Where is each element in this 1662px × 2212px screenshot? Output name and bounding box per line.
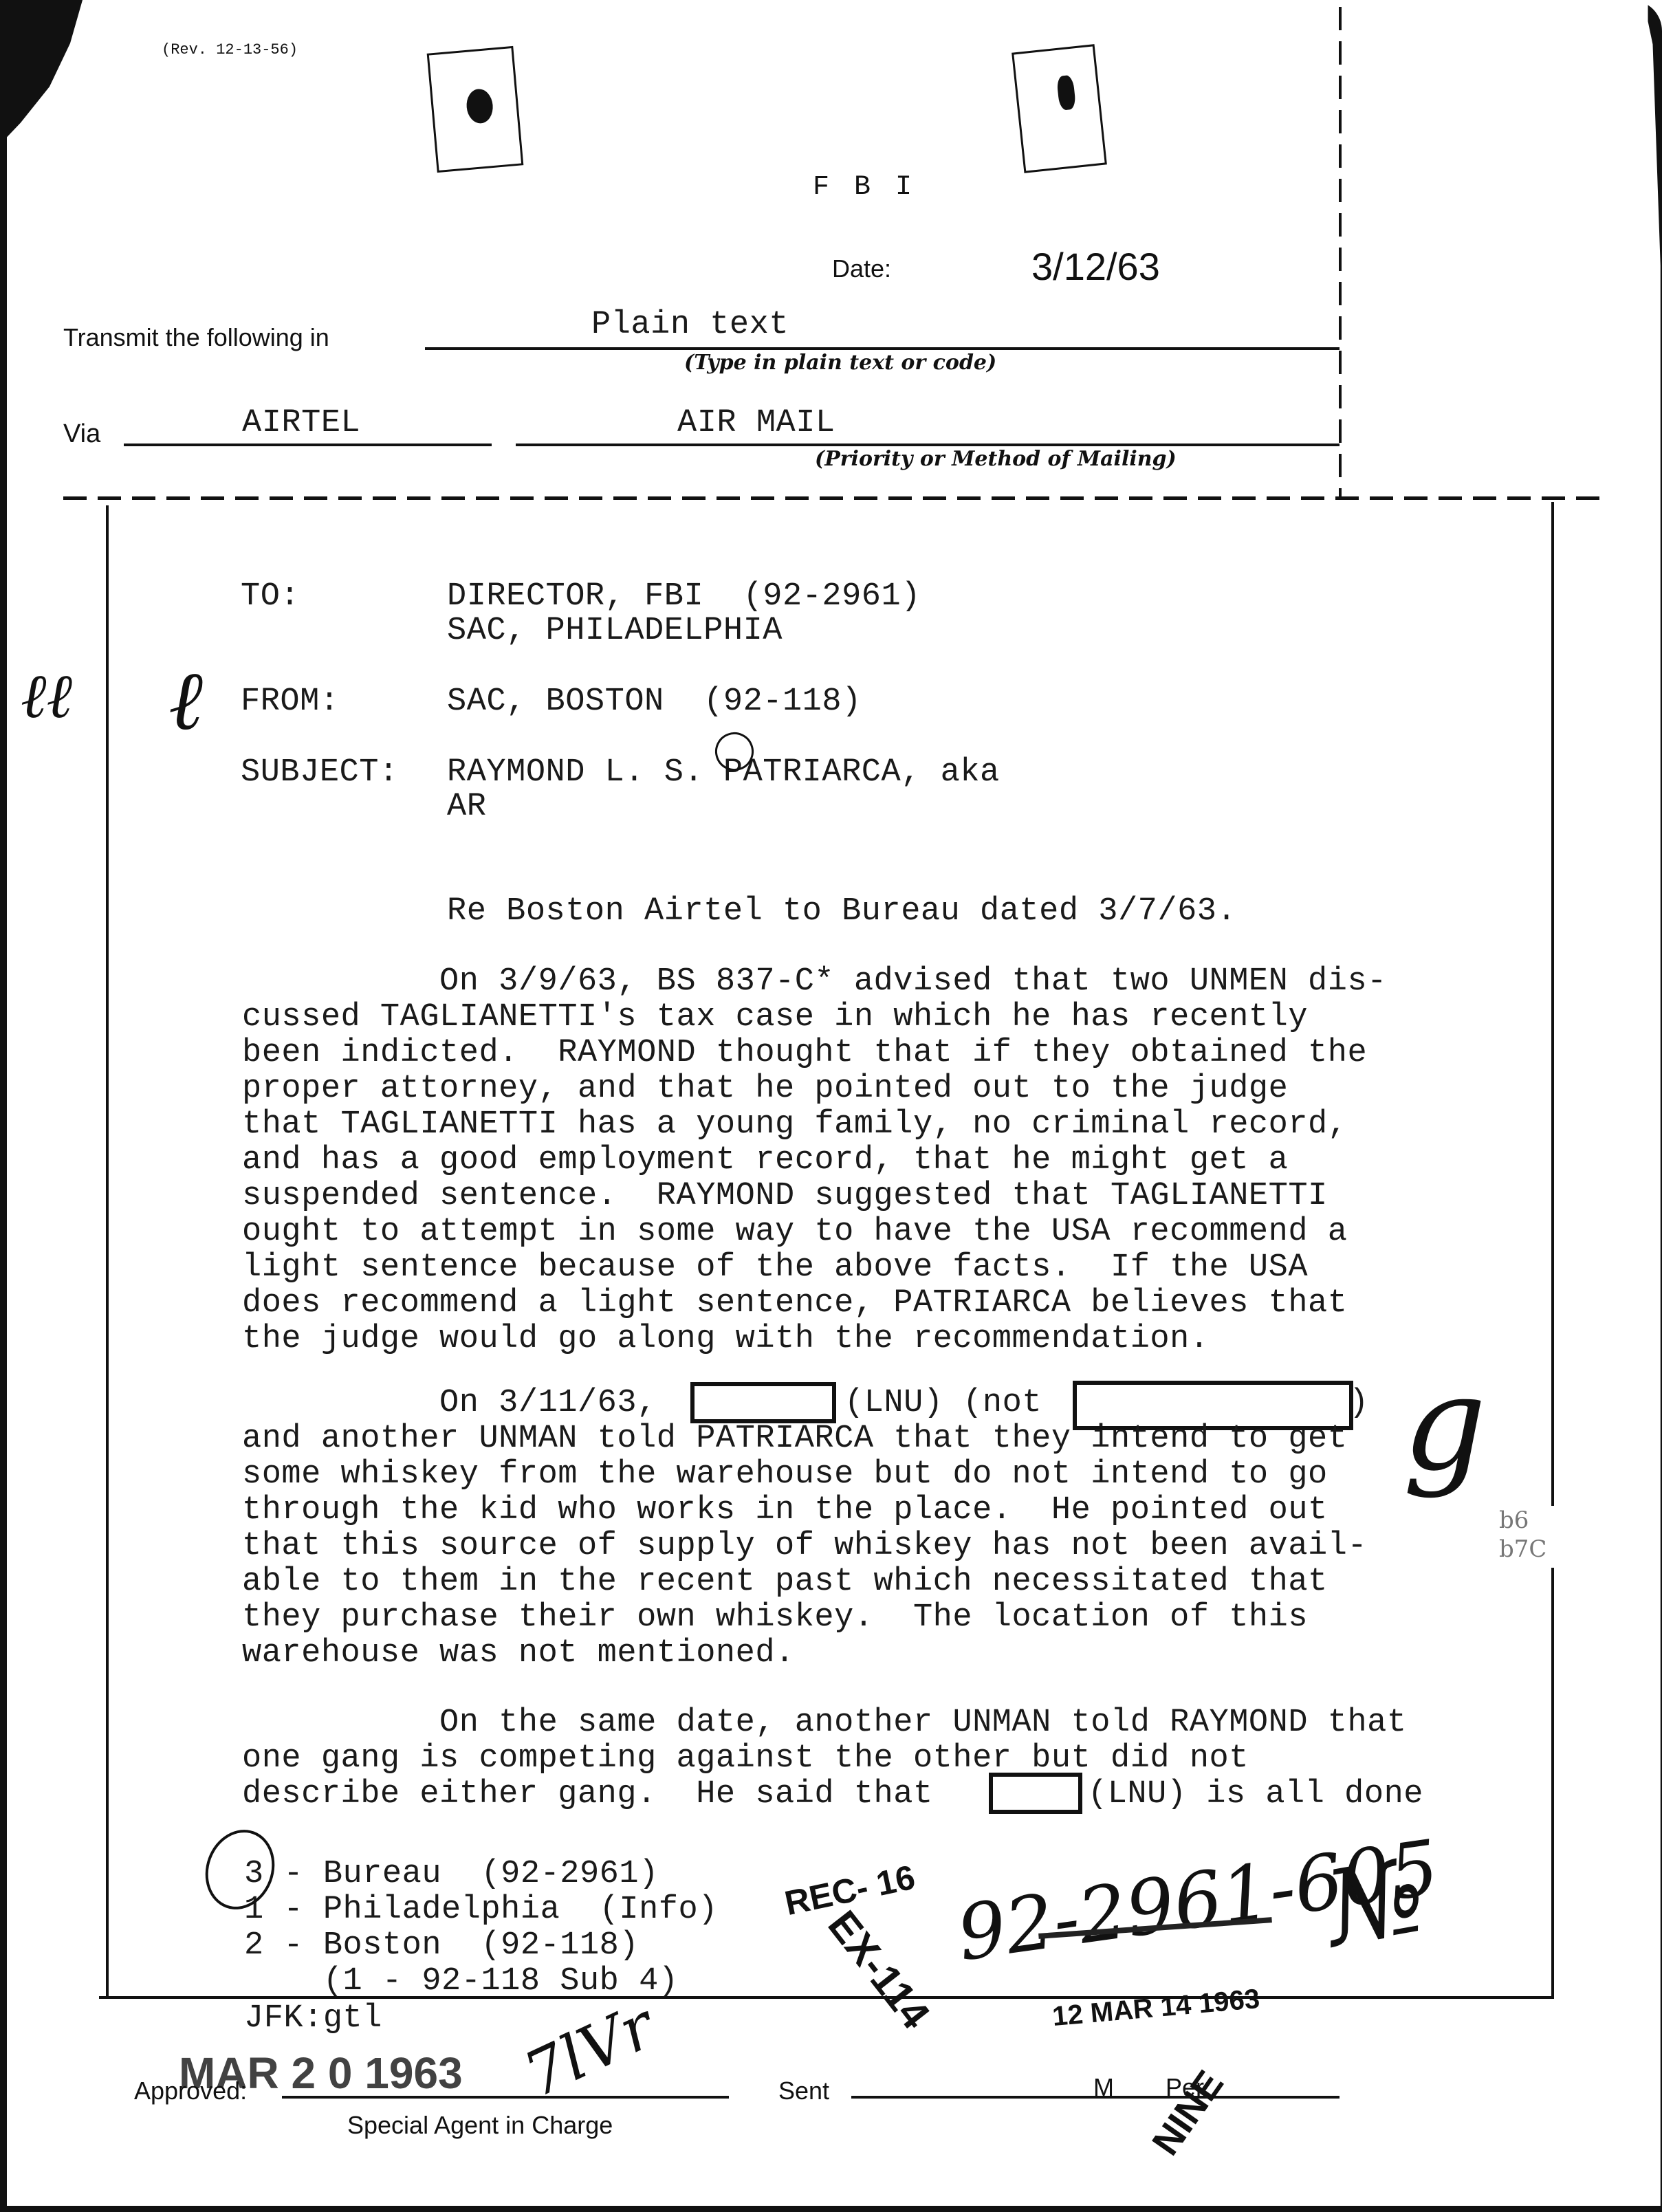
punch-hole-right: [1012, 44, 1107, 173]
p1-line: On 3/9/63, BS 837-C* advised that two UN…: [242, 964, 1387, 1000]
subject-label: SUBJECT:: [241, 755, 399, 791]
p3-line: one gang is competing against the other …: [242, 1741, 1407, 1777]
method-value: AIR MAIL: [677, 406, 835, 441]
transmit-hint: (Type in plain text or code): [684, 351, 996, 375]
to-line-1: DIRECTOR, FBI (92-2961): [447, 579, 921, 615]
p1-line: and has a good employment record, that h…: [242, 1143, 1387, 1179]
from-value: SAC, BOSTON (92-118): [447, 684, 862, 720]
distribution-item: (1 - 92-118 Sub 4): [244, 1964, 718, 2000]
scan-right-edge: [1631, 0, 1662, 2212]
p1-line: light sentence because of the above fact…: [242, 1250, 1387, 1286]
punch-hole-left: [427, 46, 524, 173]
scan-corner-blot: [0, 0, 83, 144]
p2-first-suffix: ): [1349, 1386, 1369, 1421]
dashed-vertical-guide: [1339, 7, 1342, 499]
via-value: AIRTEL: [242, 406, 360, 441]
reference-line: Re Boston Airtel to Bureau dated 3/7/63.: [447, 894, 1236, 930]
dashed-horizontal-guide: [63, 496, 1604, 500]
paragraph-2: and another UNMAN told PATRIARCA that th…: [242, 1421, 1367, 1672]
p2-first-mid: (LNU) (not: [844, 1386, 1042, 1421]
nine-stamp: NINE: [1143, 2062, 1232, 2163]
p1-line: cussed TAGLIANETTI's tax case in which h…: [242, 1000, 1387, 1036]
p2-line: that this source of supply of whiskey ha…: [242, 1529, 1367, 1564]
box-right-border: [1551, 502, 1554, 1506]
p2-line: and another UNMAN told PATRIARCA that th…: [242, 1421, 1367, 1457]
sac-caption: Special Agent in Charge: [347, 2111, 613, 2140]
sent-m-label: M: [1093, 2073, 1114, 2102]
p2-line: warehouse was not mentioned.: [242, 1636, 1367, 1672]
agency-label: F B I: [813, 172, 916, 203]
exemption-code-b6: b6: [1499, 1506, 1529, 1535]
redaction-box: [989, 1773, 1082, 1814]
scan-left-edge: [0, 0, 7, 2212]
p3-last-suffix: (LNU) is all done: [1088, 1777, 1423, 1813]
p1-line: does recommend a light sentence, PATRIAR…: [242, 1286, 1387, 1322]
p1-line: proper attorney, and that he pointed out…: [242, 1071, 1387, 1107]
subject-line-2: AR: [447, 789, 486, 825]
p3-last-prefix: describe either gang. He said that: [242, 1777, 933, 1813]
box-right-border-lower: [1551, 1568, 1554, 1999]
date-value: 3/12/63: [1031, 244, 1160, 289]
method-hint: (Priority or Method of Mailing): [815, 447, 1177, 471]
distribution-item: 1 - Philadelphia (Info): [244, 1892, 718, 1928]
to-label: TO:: [241, 579, 300, 615]
form-revision: (Rev. 12-13-56): [162, 41, 298, 58]
via-label: Via: [63, 419, 100, 449]
paragraph-3: On the same date, another UNMAN told RAY…: [242, 1705, 1407, 1777]
approved-initials-handwritten: 7lVr: [514, 1990, 665, 2112]
p1-line: suspended sentence. RAYMOND suggested th…: [242, 1179, 1387, 1214]
transmit-label: Transmit the following in: [63, 323, 329, 352]
redaction-box: [690, 1382, 836, 1423]
p1-line: that TAGLIANETTI has a young family, no …: [242, 1107, 1387, 1143]
via-underline: [124, 444, 492, 446]
paragraph-1: On 3/9/63, BS 837-C* advised that two UN…: [242, 964, 1387, 1357]
sent-label: Sent: [778, 2077, 829, 2105]
p2-line: some whiskey from the warehouse but do n…: [242, 1457, 1367, 1493]
transmit-value: Plain text: [591, 307, 789, 343]
p1-line: the judge would go along with the recomm…: [242, 1322, 1387, 1357]
to-line-2: SAC, PHILADELPHIA: [447, 613, 783, 649]
p2-first-prefix: On 3/11/63,: [242, 1386, 657, 1421]
p1-line: been indicted. RAYMOND thought that if t…: [242, 1036, 1387, 1071]
from-label: FROM:: [241, 684, 340, 720]
p2-line: through the kid who works in the place. …: [242, 1493, 1367, 1529]
method-underline: [516, 444, 1340, 446]
transmit-underline: [425, 347, 1340, 350]
distribution-item: 2 - Boston (92-118): [244, 1928, 718, 1964]
p2-line: they purchase their own whiskey. The loc…: [242, 1600, 1367, 1636]
margin-handwritten-mark: g: [1403, 1348, 1487, 1500]
approved-signature-line: [282, 2096, 729, 2099]
distribution-item: 3 - Bureau (92-2961): [244, 1857, 718, 1892]
date-label: Date:: [832, 254, 891, 283]
margin-check-mark: ℓ: [168, 653, 203, 749]
distribution-list: 3 - Bureau (92-2961) 1 - Philadelphia (I…: [244, 1857, 718, 2000]
p1-line: ought to attempt in some way to have the…: [242, 1214, 1387, 1250]
approved-label: Approved:: [134, 2077, 247, 2105]
typist-initials: JFK:gtl: [244, 2001, 382, 2037]
ex-stamp: EX-114: [819, 1902, 940, 2038]
handwritten-signature-scribble: №: [1317, 1835, 1434, 1970]
received-date-stamp: 12 MAR 14 1963: [1051, 1984, 1261, 2033]
p3-line: On the same date, another UNMAN told RAY…: [242, 1705, 1407, 1741]
box-left-border: [106, 505, 109, 1999]
margin-initials-left: ℓℓ: [21, 660, 72, 732]
p2-line: able to them in the recent past which ne…: [242, 1564, 1367, 1600]
scan-bottom-edge: [0, 2206, 1662, 2212]
exemption-code-b7c: b7C: [1499, 1535, 1546, 1564]
